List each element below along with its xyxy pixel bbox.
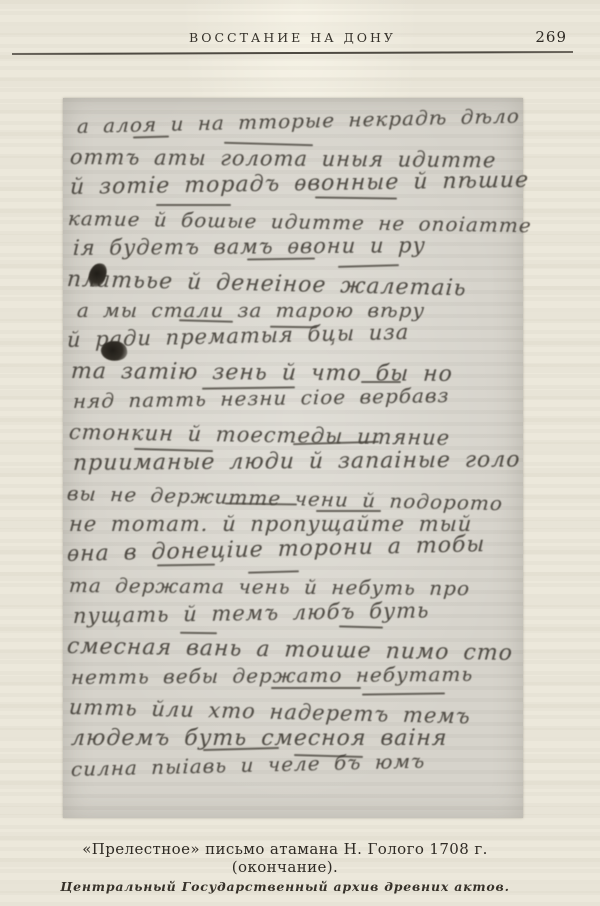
page-number: 269 [535,28,567,46]
pen-stroke [339,625,383,628]
caption-text: «Прелестное» письмо атамана Н. Голого 17… [35,840,535,876]
manuscript-line: оттъ аты голота иныя идитте [69,145,497,172]
manuscript-line: прииманые люди й запаіные голо [72,447,521,476]
pen-stroke [156,204,231,206]
caption-source: Центральный Государственный архив древни… [35,879,535,894]
pen-stroke [315,197,397,200]
manuscript-line: стонкин й тоестеды итяние [68,420,451,450]
manuscript-line: платьье й денеіное жалетаіь [66,267,467,301]
manuscript-line: нетть вебы держато небутать [70,662,473,689]
pen-stroke [338,264,399,268]
pen-stroke [180,632,217,635]
pen-stroke [271,687,361,689]
figure-caption: «Прелестное» письмо атамана Н. Голого 17… [35,840,535,894]
pen-stroke [224,141,313,145]
manuscript-line: пущать й темъ любъ буть [73,598,430,628]
pen-stroke [362,693,445,696]
manuscript-line: итть йли хто надеретъ темъ [68,695,472,728]
pen-stroke [133,135,169,138]
manuscript-line: вы не держитте чени й подорото [66,481,504,515]
running-title: ВОССТАНИЕ НА ДОНУ [12,30,573,45]
manuscript-line: та держата чень й небуть про [68,573,471,600]
pen-stroke [157,564,215,567]
manuscript-photo: а алоя и на тторые некрадѣ дѣлооттъ аты … [63,98,523,818]
manuscript-line: силна пыіавь и челе бъ юмъ [71,748,426,780]
pen-stroke [361,381,401,383]
pen-stroke [248,570,299,573]
book-page: { "header": { "running_title": "ВОССТАНИ… [0,0,600,906]
manuscript-line: а алоя и на тторые некрадѣ дѣло [77,104,521,138]
manuscript-line: ѳна в донеціие торони а тобы [67,533,486,568]
manuscript-line: не тотат. й пропущайте тый [68,512,473,536]
manuscript-line: а мы стали за тарою вѣру [76,298,425,322]
manuscript-line: ія будетъ вамъ ѳвони и ру [72,234,426,261]
running-header: ВОССТАНИЕ НА ДОНУ 269 [12,28,573,52]
pen-stroke [316,510,381,512]
manuscript-line: й зотіе торадъ ѳвонные й пѣшие [70,168,530,200]
pen-stroke [247,258,315,261]
manuscript-line: катие й бошые идитте не опоіатте [67,206,532,237]
